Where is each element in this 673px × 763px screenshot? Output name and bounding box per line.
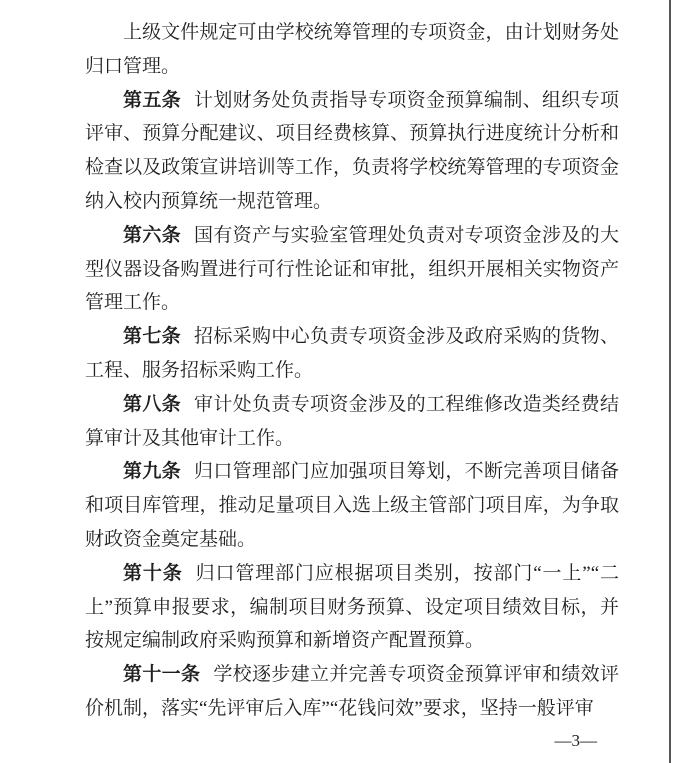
paragraph: 第七条招标采购中心负责专项资金涉及政府采购的货物、工程、服务招标采购工作。	[85, 320, 619, 388]
article-number: 第五条	[123, 90, 181, 111]
paragraph: 第八条审计处负责专项资金涉及的工程维修改造类经费结算审计及其他审计工作。	[85, 388, 619, 456]
paragraph: 第十条归口管理部门应根据项目类别，按部门“一上”“二上”预算申报要求，编制项目财…	[85, 557, 619, 658]
article-number: 第九条	[123, 461, 181, 482]
document-page: 上级文件规定可由学校统筹管理的专项资金，由计划财务处归口管理。 第五条计划财务处…	[0, 0, 673, 763]
article-number: 第十一条	[123, 664, 200, 685]
window-right-border	[669, 0, 671, 763]
paragraph: 上级文件规定可由学校统筹管理的专项资金，由计划财务处归口管理。	[85, 16, 619, 84]
page-number: —3—	[85, 731, 619, 751]
paragraph: 第六条国有资产与实验室管理处负责对专项资金涉及的大型仪器设备购置进行可行性论证和…	[85, 219, 619, 320]
article-number: 第七条	[123, 326, 181, 347]
paragraph-text: 上级文件规定可由学校统筹管理的专项资金，由计划财务处归口管理。	[85, 22, 619, 77]
article-number: 第十条	[123, 563, 183, 584]
paragraph: 第五条计划财务处负责指导专项资金预算编制、组织专项评审、预算分配建议、项目经费核…	[85, 84, 619, 219]
document-body: 上级文件规定可由学校统筹管理的专项资金，由计划财务处归口管理。 第五条计划财务处…	[85, 16, 619, 751]
article-number: 第六条	[123, 225, 181, 246]
paragraph: 第十一条学校逐步建立并完善专项资金预算评审和绩效评价机制，落实“先评审后入库”“…	[85, 658, 619, 726]
paragraph: 第九条归口管理部门应加强项目筹划，不断完善项目储备和项目库管理，推动足量项目入选…	[85, 455, 619, 556]
article-number: 第八条	[123, 394, 181, 415]
